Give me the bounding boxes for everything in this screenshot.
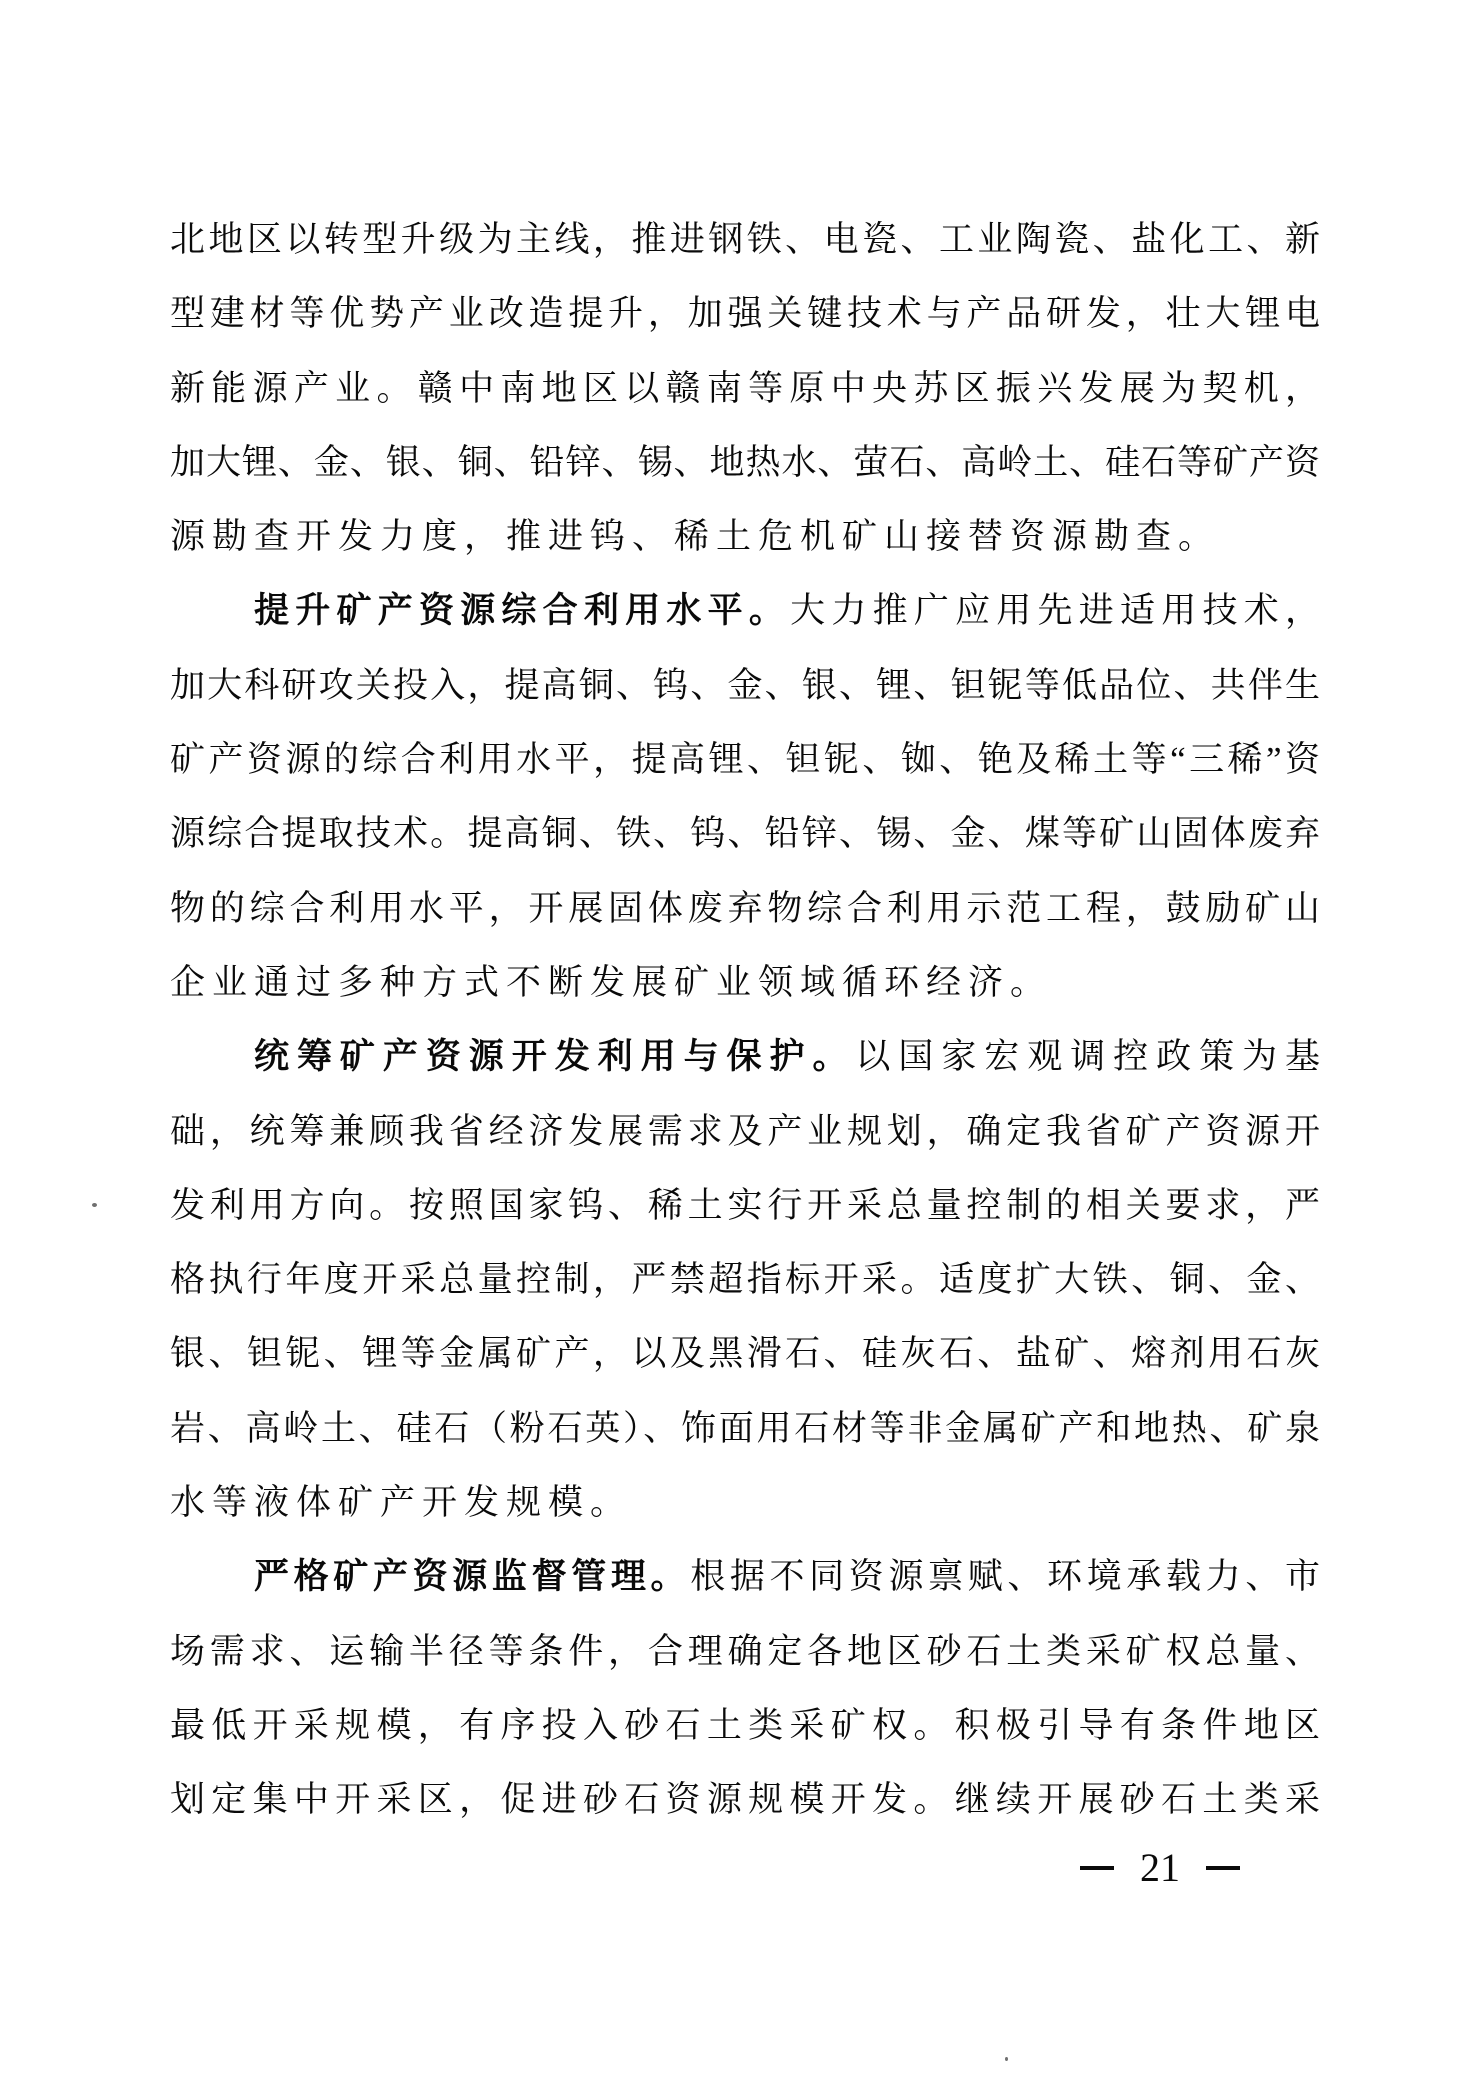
text-line: 源勘查开发力度，推进钨、稀土危机矿山接替资源勘查。 bbox=[170, 500, 1320, 574]
body-text: 北地区以转型升级为主线，推进钢铁、电瓷、工业陶瓷、盐化工、新 型建材等优势产业改… bbox=[170, 203, 1320, 1838]
scan-speck bbox=[1005, 2057, 1008, 2061]
line-text: 以国家宏观调控政策为基 bbox=[855, 1037, 1320, 1076]
text-line: 银、钽铌、锂等金属矿产，以及黑滑石、硅灰石、盐矿、熔剂用石灰 bbox=[170, 1317, 1320, 1391]
text-line: 础，统筹兼顾我省经济发展需求及产业规划，确定我省矿产资源开 bbox=[170, 1095, 1320, 1169]
text-line: 型建材等优势产业改造提升，加强关键技术与产品研发，壮大锂电 bbox=[170, 277, 1320, 351]
footer-dash-left-icon bbox=[1080, 1866, 1114, 1870]
paragraph-lead: 严格矿产资源监督管理。 bbox=[254, 1557, 690, 1596]
text-line: 源综合提取技术。提高铜、铁、钨、铅锌、锡、金、煤等矿山固体废弃 bbox=[170, 797, 1320, 871]
paragraph-lead: 统筹矿产资源开发利用与保护。 bbox=[254, 1037, 855, 1076]
text-line: 加大科研攻关投入，提高铜、钨、金、银、锂、钽铌等低品位、共伴生 bbox=[170, 649, 1320, 723]
text-line: 划定集中开采区，促进砂石资源规模开发。继续开展砂石土类采 bbox=[170, 1763, 1320, 1837]
footer-dash-right-icon bbox=[1206, 1866, 1240, 1870]
text-line: 岩、高岭土、硅石（粉石英）、饰面用石材等非金属矿产和地热、矿泉 bbox=[170, 1392, 1320, 1466]
text-line: 加大锂、金、银、铜、铅锌、锡、地热水、萤石、高岭土、硅石等矿产资 bbox=[170, 426, 1320, 500]
line-text: 大力推广应用先进适用技术， bbox=[790, 591, 1320, 630]
document-page: 北地区以转型升级为主线，推进钢铁、电瓷、工业陶瓷、盐化工、新 型建材等优势产业改… bbox=[0, 0, 1482, 2093]
text-line: 统筹矿产资源开发利用与保护。以国家宏观调控政策为基 bbox=[170, 1020, 1320, 1094]
text-line: 最低开采规模，有序投入砂石土类采矿权。积极引导有条件地区 bbox=[170, 1689, 1320, 1763]
page-number: 21 bbox=[1140, 1848, 1180, 1888]
paragraph-lead: 提升矿产资源综合利用水平。 bbox=[254, 591, 790, 630]
scan-speck bbox=[92, 1203, 97, 1207]
text-line: 北地区以转型升级为主线，推进钢铁、电瓷、工业陶瓷、盐化工、新 bbox=[170, 203, 1320, 277]
text-line: 发利用方向。按照国家钨、稀土实行开采总量控制的相关要求，严 bbox=[170, 1169, 1320, 1243]
text-line: 矿产资源的综合利用水平，提高锂、钽铌、铷、铯及稀土等“三稀”资 bbox=[170, 723, 1320, 797]
text-line: 物的综合利用水平，开展固体废弃物综合利用示范工程，鼓励矿山 bbox=[170, 872, 1320, 946]
text-line: 企业通过多种方式不断发展矿业领域循环经济。 bbox=[170, 946, 1320, 1020]
text-line: 水等液体矿产开发规模。 bbox=[170, 1466, 1320, 1540]
text-line: 新能源产业。赣中南地区以赣南等原中央苏区振兴发展为契机， bbox=[170, 352, 1320, 426]
text-line: 严格矿产资源监督管理。根据不同资源禀赋、环境承载力、市 bbox=[170, 1540, 1320, 1614]
text-line: 格执行年度开采总量控制，严禁超指标开采。适度扩大铁、铜、金、 bbox=[170, 1243, 1320, 1317]
page-footer: 21 bbox=[1080, 1848, 1240, 1888]
line-text: 根据不同资源禀赋、环境承载力、市 bbox=[690, 1557, 1320, 1596]
text-line: 提升矿产资源综合利用水平。大力推广应用先进适用技术， bbox=[170, 574, 1320, 648]
text-line: 场需求、运输半径等条件，合理确定各地区砂石土类采矿权总量、 bbox=[170, 1615, 1320, 1689]
